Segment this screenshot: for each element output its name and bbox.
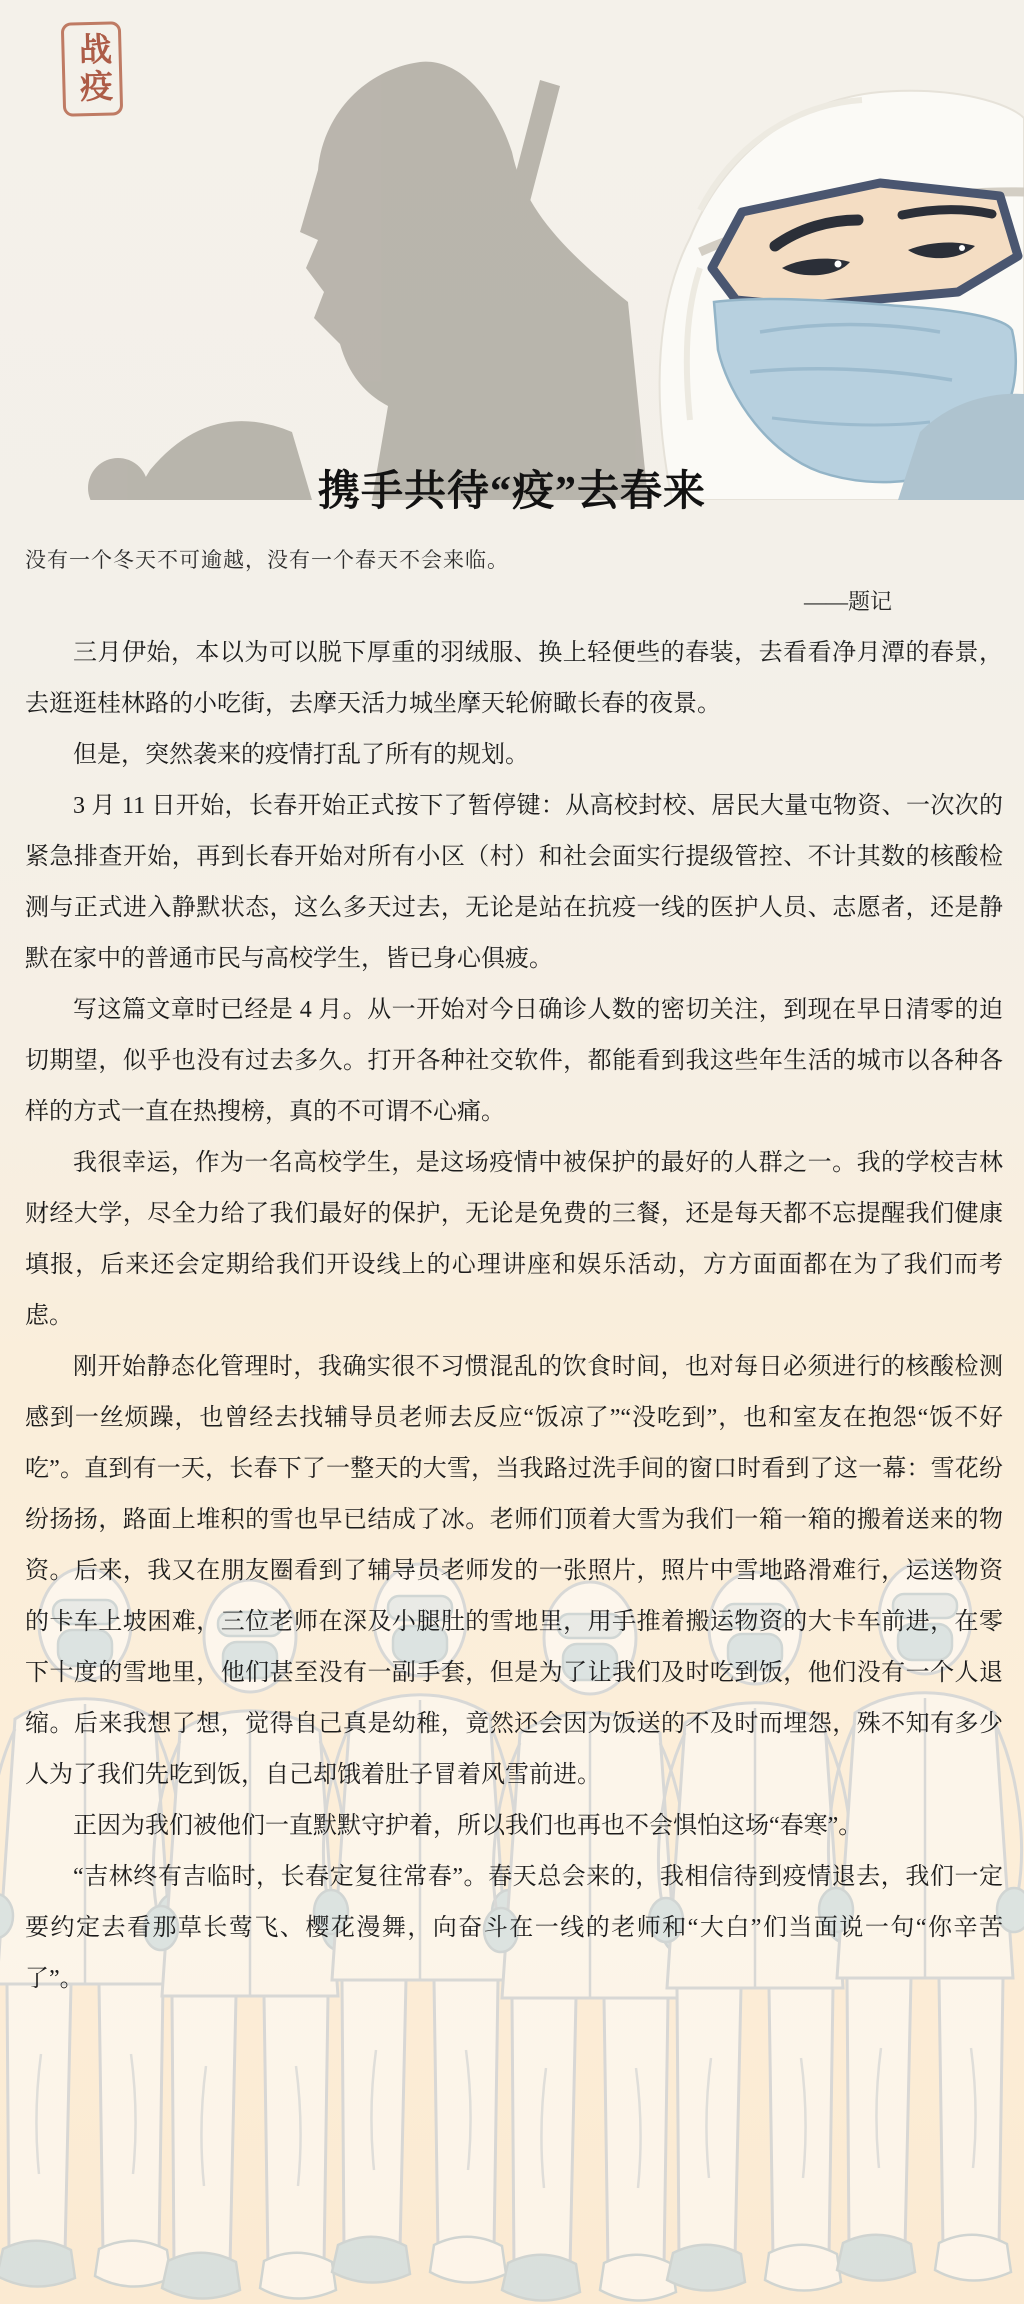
body-paragraph: 刚开始静态化管理时，我确实很不习惯混乱的饮食时间，也对每日必须进行的核酸检测感到… [25,1342,1003,1801]
body-paragraph: 三月伊始，本以为可以脱下厚重的羽绒服、换上轻便些的春装，去看看净月潭的春景，去逛… [25,628,1003,730]
epigraph-attribution: ——题记 [0,585,1024,616]
article-page: 战疫 携手共待“疫”去春来 没有一个冬天不可逾越，没有一个春天不会来临。 ——题… [0,0,1024,2304]
body-paragraph: 写这篇文章时已经是 4 月。从一开始对今日确诊人数的密切关注，到现在早日清零的迫… [25,985,1003,1138]
battle-epidemic-seal-icon: 战疫 [61,21,123,117]
epigraph-quote: 没有一个冬天不可逾越，没有一个春天不会来临。 [25,544,985,574]
body-paragraph: 但是，突然袭来的疫情打乱了所有的规划。 [25,730,1003,781]
body-paragraph: 我很幸运，作为一名高校学生，是这场疫情中被保护的最好的人群之一。我的学校吉林财经… [25,1138,1003,1342]
article-body: 三月伊始，本以为可以脱下厚重的羽绒服、换上轻便些的春装，去看看净月潭的春景，去逛… [25,628,1003,2005]
article-content: 携手共待“疫”去春来 没有一个冬天不可逾越，没有一个春天不会来临。 ——题记 三… [0,0,1024,2304]
body-paragraph: “吉林终有吉临时，长春定复往常春”。春天总会来的，我相信待到疫情退去，我们一定要… [25,1852,1003,2005]
seal-text: 战疫 [75,32,110,107]
body-paragraph: 3 月 11 日开始，长春开始正式按下了暂停键：从高校封校、居民大量屯物资、一次… [25,781,1003,985]
article-title: 携手共待“疫”去春来 [0,458,1024,518]
body-paragraph: 正因为我们被他们一直默默守护着，所以我们也再也不会惧怕这场“春寒”。 [25,1801,1003,1852]
